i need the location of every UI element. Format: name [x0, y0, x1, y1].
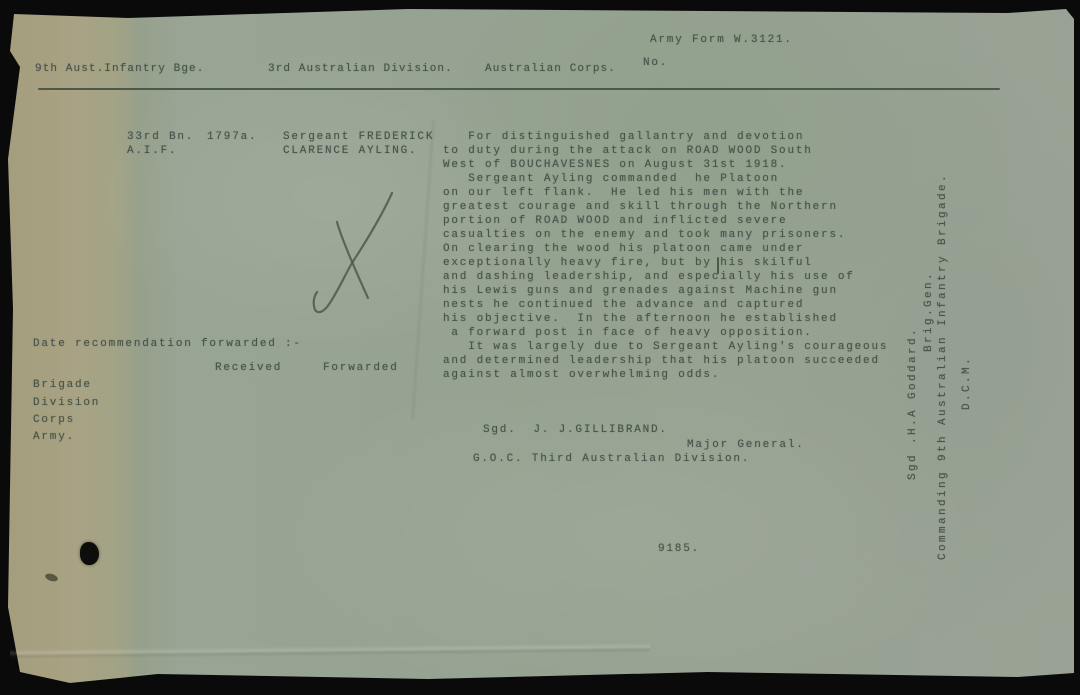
citation-line: exceptionally heavy fire, but by his ski…	[443, 256, 888, 270]
forwarding-received-label: Received	[215, 361, 282, 375]
forwarding-level-army: Army.	[33, 430, 75, 444]
pencil-cross-mark	[295, 185, 405, 320]
document-scan: Army Form W.3121. No. 9th Aust.Infantry …	[0, 0, 1080, 695]
header-brigade: 9th Aust.Infantry Bge.	[35, 62, 204, 76]
citation-line: On clearing the wood his platoon came un…	[443, 242, 888, 256]
recipient-name-line2: CLARENCE AYLING.	[283, 144, 417, 158]
forwarding-level-corps: Corps	[33, 413, 75, 427]
citation-line: greatest courage and skill through the N…	[443, 200, 888, 214]
pen-tick-mark	[717, 257, 719, 274]
citation-line: to duty during the attack on ROAD WOOD S…	[443, 144, 888, 158]
citation-block: For distinguished gallantry and devotion…	[443, 130, 888, 382]
recipient-number: 1797a.	[207, 130, 257, 144]
header-corps: Australian Corps.	[485, 62, 616, 76]
side-endorsement-rank: Brig.Gen.	[922, 271, 936, 352]
forwarding-forwarded-label: Forwarded	[323, 361, 399, 375]
recipient-force: A.I.F.	[127, 144, 177, 158]
citation-line: on our left flank. He led his men with t…	[443, 186, 888, 200]
citation-line: against almost overwhelming odds.	[443, 368, 888, 382]
form-no-label: No.	[643, 56, 668, 70]
citation-line: nests he continued the advance and captu…	[443, 298, 888, 312]
citation-line: portion of ROAD WOOD and inflicted sever…	[443, 214, 888, 228]
signature-rank: Major General.	[687, 438, 805, 452]
side-endorsement-decoration: D.C.M.	[960, 356, 974, 410]
citation-line: his Lewis guns and grenades against Mach…	[443, 284, 888, 298]
side-endorsement-signed: Sgd .H.A Goddard.	[906, 327, 920, 480]
citation-line: a forward post in face of heavy oppositi…	[443, 326, 888, 340]
recipient-name-line1: Sergeant FREDERICK	[283, 130, 434, 144]
forwarding-level-division: Division	[33, 396, 100, 410]
header-division: 3rd Australian Division.	[268, 62, 453, 76]
recipient-battalion: 33rd Bn.	[127, 130, 194, 144]
side-endorsement-command: Commanding 9th Australian Infantry Briga…	[936, 173, 950, 560]
header-rule	[38, 88, 1000, 90]
citation-line: Sergeant Ayling commanded he Platoon	[443, 172, 888, 186]
signature-signed: Sgd. J. J.GILLIBRAND.	[483, 423, 668, 437]
citation-line: West of BOUCHAVESNES on August 31st 1918…	[443, 158, 888, 172]
citation-line: It was largely due to Sergeant Ayling's …	[443, 340, 888, 354]
citation-line: casualties on the enemy and took many pr…	[443, 228, 888, 242]
citation-line: and determined leadership that his plato…	[443, 354, 888, 368]
citation-line: and dashing leadership, and especially h…	[443, 270, 888, 284]
form-number: Army Form W.3121.	[650, 33, 793, 47]
signature-command: G.O.C. Third Australian Division.	[473, 452, 750, 466]
forwarding-date-label: Date recommendation forwarded :-	[33, 337, 302, 351]
punch-hole	[80, 542, 99, 565]
forwarding-level-brigade: Brigade	[33, 378, 92, 392]
citation-line: For distinguished gallantry and devotion	[443, 130, 888, 144]
citation-line: his objective. In the afternoon he estab…	[443, 312, 888, 326]
reference-number: 9185.	[658, 542, 700, 556]
